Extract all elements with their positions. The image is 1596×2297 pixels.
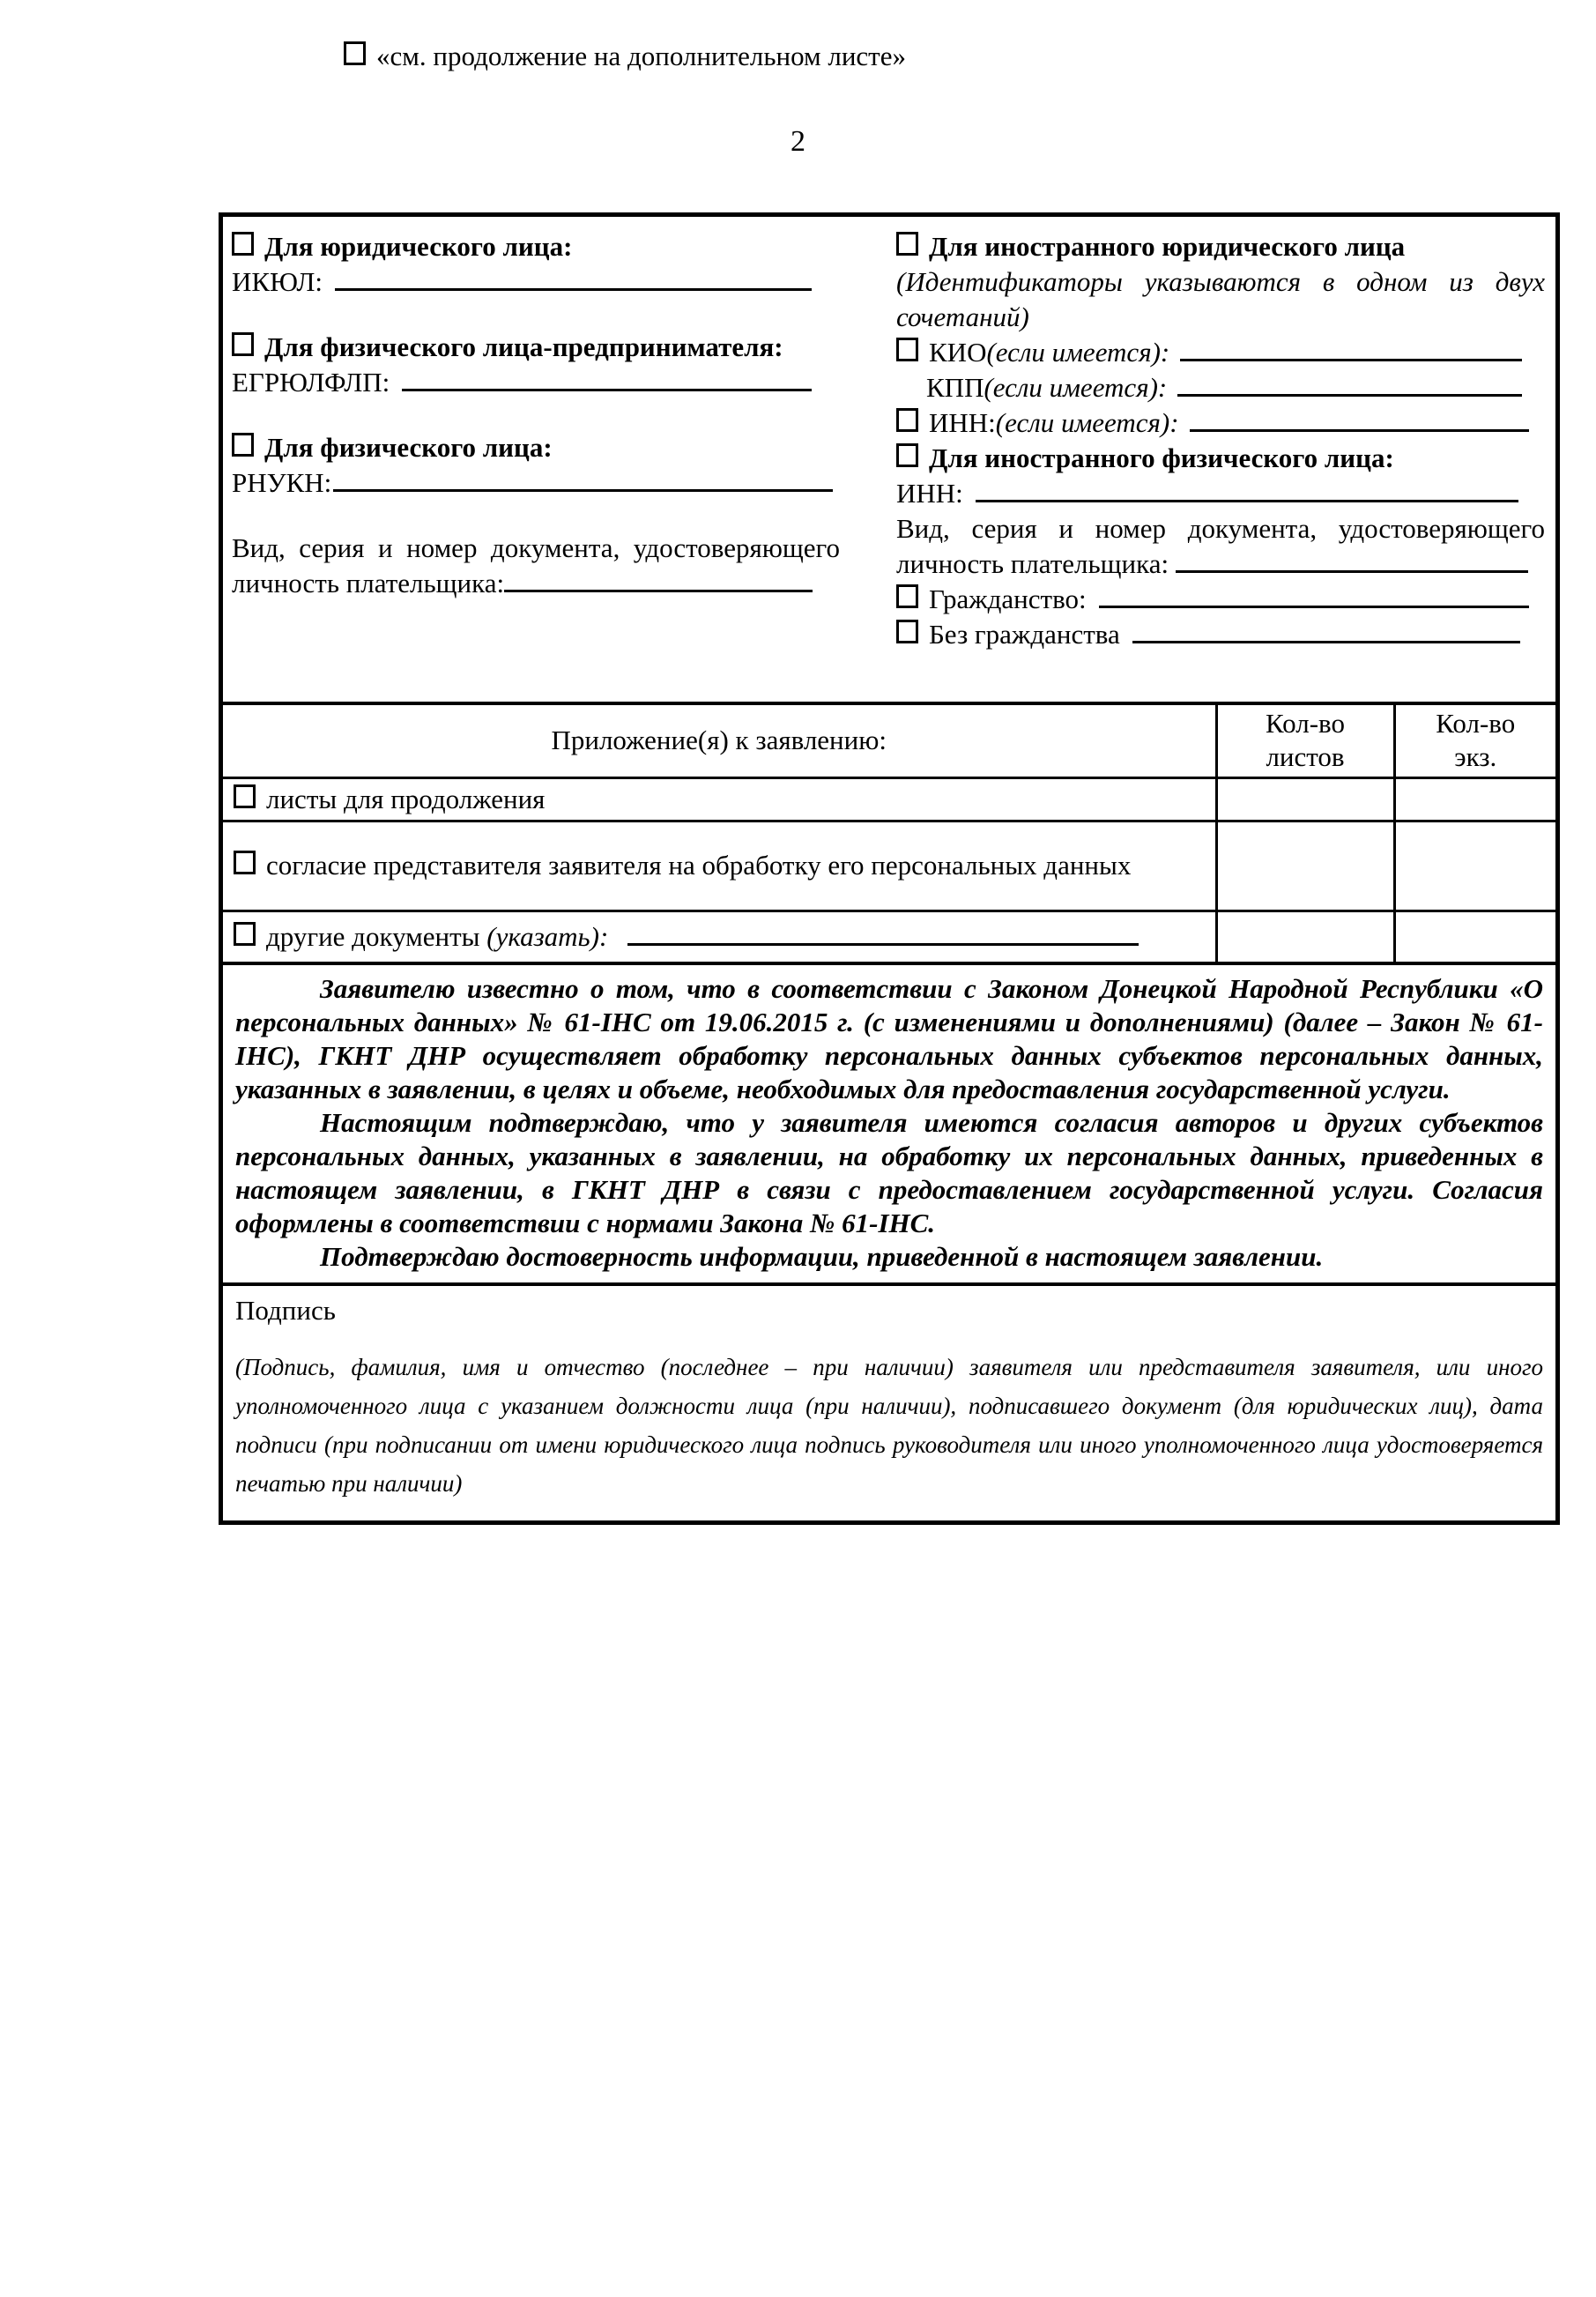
ikyul-label: ИКЮЛ:	[232, 264, 323, 300]
citizenship-field-line: Гражданство:	[896, 582, 1545, 617]
attachment-row-continuation: листы для продолжения	[223, 777, 1555, 821]
citizenship-field[interactable]	[1099, 606, 1529, 608]
identification-right-column: Для иностранного юридического лица (Иден…	[896, 229, 1545, 702]
legal-entity-checkbox[interactable]	[232, 232, 254, 256]
foreign-legal-note: (Идентификаторы указываются в одном из д…	[896, 264, 1545, 335]
egryulflp-field[interactable]	[402, 389, 812, 391]
egryulflp-label: ЕГРЮЛФЛП:	[232, 365, 390, 400]
inn-optional-field[interactable]	[1190, 429, 1529, 432]
sheets-count-header-line1: Кол-во	[1229, 708, 1383, 740]
application-form-box: Для юридического лица: ИКЮЛ: Для физичес…	[219, 212, 1560, 1525]
foreign-legal-title: Для иностранного юридического лица	[929, 231, 1405, 262]
inn-field-line: ИНН:	[896, 476, 1545, 511]
continuation-note-checkbox[interactable]	[344, 41, 366, 65]
inn-optional-note: (если имеется):	[996, 405, 1179, 441]
right-id-document-line: Вид, серия и номер документа, удостоверя…	[896, 511, 1545, 582]
continuation-sheets-cell: листы для продолжения	[223, 777, 1216, 821]
entrepreneur-group: Для физического лица-предпринимателя: ЕГ…	[232, 330, 840, 400]
ikyul-field[interactable]	[335, 288, 812, 291]
stateless-checkbox[interactable]	[896, 620, 918, 643]
other-sheets-count-cell	[1216, 911, 1394, 962]
attachments-table: Приложение(я) к заявлению: Кол-во листов…	[223, 702, 1555, 962]
entrepreneur-checkbox[interactable]	[232, 332, 254, 356]
rnukn-field-line: РНУКН:	[232, 465, 840, 501]
consent-paragraph-3: Подтверждаю достоверность информации, пр…	[235, 1240, 1543, 1274]
kio-field-line: КИО (если имеется):	[896, 335, 1545, 370]
stateless-field[interactable]	[1132, 641, 1520, 643]
copies-count-header-line1: Кол-во	[1407, 708, 1546, 740]
inn-optional-field-line: ИНН: (если имеется):	[896, 405, 1545, 441]
kpp-field[interactable]	[1177, 394, 1522, 397]
left-id-document-field[interactable]	[504, 590, 813, 592]
kio-field[interactable]	[1180, 359, 1522, 361]
kpp-note: (если имеется):	[984, 370, 1167, 405]
consent-attachment-label: согласие представителя заявителя на обра…	[266, 850, 1131, 881]
continuation-sheets-count-cell	[1216, 777, 1394, 821]
signature-title: Подпись	[235, 1293, 1543, 1328]
consent-attachment-cell: согласие представителя заявителя на обра…	[223, 821, 1216, 911]
entrepreneur-title: Для физического лица-предпринимателя:	[264, 331, 783, 362]
attachment-row-consent: согласие представителя заявителя на обра…	[223, 821, 1555, 911]
identification-section: Для юридического лица: ИКЮЛ: Для физичес…	[223, 217, 1555, 702]
attachment-row-other: другие документы (указать):	[223, 911, 1555, 962]
sheets-count-header-cell: Кол-во листов	[1216, 703, 1394, 777]
entrepreneur-title-line: Для физического лица-предпринимателя:	[232, 330, 840, 365]
ikyul-field-line: ИКЮЛ:	[232, 264, 840, 300]
other-copies-count-cell	[1394, 911, 1555, 962]
signature-note: (Подпись, фамилия, имя и отчество (после…	[235, 1348, 1543, 1503]
continuation-note-line: «см. продолжение на дополнительном листе…	[344, 41, 1596, 72]
kio-note: (если имеется):	[986, 335, 1169, 370]
inn-label: ИНН:	[896, 476, 963, 511]
kpp-label: КПП	[926, 370, 984, 405]
individual-group: Для физического лица: РНУКН:	[232, 430, 840, 501]
consent-sheets-count-cell	[1216, 821, 1394, 911]
continuation-sheets-label: листы для продолжения	[266, 784, 545, 814]
kio-label: КИО	[929, 335, 986, 370]
individual-title: Для физического лица:	[264, 432, 553, 463]
consent-section: Заявителю известно о том, что в соответс…	[223, 962, 1555, 1282]
inn-optional-checkbox[interactable]	[896, 408, 918, 432]
individual-checkbox[interactable]	[232, 433, 254, 457]
egryulflp-field-line: ЕГРЮЛФЛП:	[232, 365, 840, 400]
consent-attachment-checkbox[interactable]	[234, 851, 256, 874]
continuation-copies-count-cell	[1394, 777, 1555, 821]
continuation-sheets-checkbox[interactable]	[234, 784, 256, 808]
other-documents-field[interactable]	[627, 943, 1139, 946]
stateless-field-line: Без гражданства	[896, 617, 1545, 652]
inn-field[interactable]	[976, 500, 1518, 502]
form-page: 2 Для юридического лица: ИКЮЛ: Для физич…	[0, 41, 1596, 2297]
legal-entity-title-line: Для юридического лица:	[232, 229, 840, 264]
citizenship-label: Гражданство:	[929, 582, 1087, 617]
foreign-individual-checkbox[interactable]	[896, 443, 918, 467]
signature-section: Подпись (Подпись, фамилия, имя и отчеств…	[223, 1282, 1555, 1520]
other-documents-checkbox[interactable]	[234, 922, 256, 946]
other-documents-label: другие документы	[266, 921, 486, 952]
left-id-document-line: Вид, серия и номер документа, удостоверя…	[232, 531, 840, 601]
foreign-legal-title-line: Для иностранного юридического лица	[896, 229, 1545, 264]
legal-entity-group: Для юридического лица: ИКЮЛ:	[232, 229, 840, 300]
left-id-document-label: Вид, серия и номер документа, удостоверя…	[232, 532, 840, 598]
page-number: 2	[0, 125, 1596, 159]
rnukn-label: РНУКН:	[232, 465, 331, 501]
identification-left-column: Для юридического лица: ИКЮЛ: Для физичес…	[232, 229, 840, 702]
foreign-legal-checkbox[interactable]	[896, 232, 918, 256]
attachments-title: Приложение(я) к заявлению:	[551, 725, 887, 755]
copies-count-header-cell: Кол-во экз.	[1394, 703, 1555, 777]
other-documents-note: (указать):	[486, 921, 608, 952]
attachments-title-cell: Приложение(я) к заявлению:	[223, 703, 1216, 777]
consent-copies-count-cell	[1394, 821, 1555, 911]
legal-entity-title: Для юридического лица:	[264, 231, 572, 262]
right-id-document-field[interactable]	[1176, 570, 1528, 573]
kpp-field-line: КПП (если имеется):	[896, 370, 1545, 405]
stateless-label: Без гражданства	[929, 617, 1120, 652]
right-id-document-label: Вид, серия и номер документа, удостоверя…	[896, 513, 1545, 579]
other-documents-cell: другие документы (указать):	[223, 911, 1216, 962]
inn-optional-label: ИНН:	[929, 405, 996, 441]
copies-count-header-line2: экз.	[1407, 741, 1546, 773]
foreign-individual-title-line: Для иностранного физического лица:	[896, 441, 1545, 476]
continuation-note-text: «см. продолжение на дополнительном листе…	[376, 41, 906, 72]
consent-paragraph-1: Заявителю известно о том, что в соответс…	[235, 972, 1543, 1106]
attachments-header-row: Приложение(я) к заявлению: Кол-во листов…	[223, 703, 1555, 777]
rnukn-field[interactable]	[333, 489, 833, 492]
kio-checkbox[interactable]	[896, 338, 918, 361]
individual-title-line: Для физического лица:	[232, 430, 840, 465]
citizenship-checkbox[interactable]	[896, 584, 918, 608]
consent-paragraph-2: Настоящим подтверждаю, что у заявителя и…	[235, 1106, 1543, 1240]
sheets-count-header-line2: листов	[1229, 741, 1383, 773]
foreign-individual-title: Для иностранного физического лица:	[929, 442, 1394, 473]
